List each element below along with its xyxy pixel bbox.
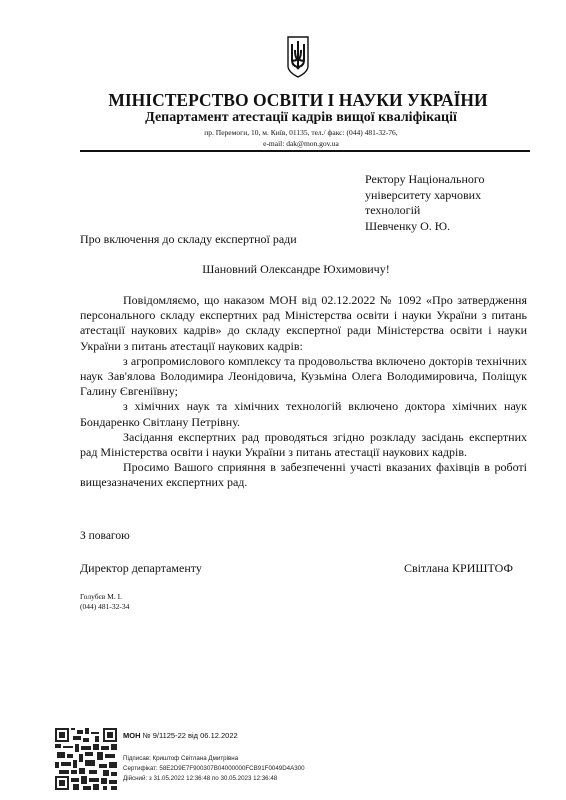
body-paragraph: Повідомляємо, що наказом МОН від 02.12.2… xyxy=(80,293,527,354)
email-line: e-mail: dak@mon.gov.ua xyxy=(0,139,566,148)
signatory-name: Світлана КРИШТОФ xyxy=(404,561,513,576)
certificate-id: Сертифікат: 58E2D9E7F900307B04000000FCB9… xyxy=(123,765,305,772)
letter-subject: Про включення до складу експертної ради xyxy=(80,232,297,247)
ministry-name: МІНІСТЕРСТВО ОСВІТИ І НАУКИ УКРАЇНИ xyxy=(0,90,566,111)
department-name: Департамент атестації кадрів вищої квалі… xyxy=(0,110,566,126)
executor-name: Голубєв М. І. xyxy=(80,592,129,602)
body-paragraph: Засідання експертних рад проводяться згі… xyxy=(80,430,527,460)
addressee-block: Ректору Національного університету харчо… xyxy=(365,172,485,234)
closing-regards: З повагою xyxy=(80,530,130,542)
addressee-line: технологій xyxy=(365,203,485,219)
body-paragraph: з агропромислового комплексу та продовол… xyxy=(80,354,527,400)
letter-body: Повідомляємо, що наказом МОН від 02.12.2… xyxy=(80,293,527,491)
addressee-line: Шевченку О. Ю. xyxy=(365,219,485,235)
salutation: Шановний Олександре Юхимовичу! xyxy=(0,262,566,277)
addressee-line: університету харчових xyxy=(365,188,485,204)
document-reference: МОН № 9/1125-22 від 06.12.2022 xyxy=(123,731,238,740)
signatory-position: Директор департаменту xyxy=(80,561,202,576)
doc-ref-number: № 9/1125-22 від 06.12.2022 xyxy=(143,731,238,740)
body-paragraph: Просимо Вашого сприяння в забезпеченні у… xyxy=(80,460,527,490)
signed-by: Підписав: Криштоф Світлана Дмитрівна xyxy=(123,755,238,762)
header-divider xyxy=(80,150,530,152)
body-paragraph: з хімічних наук та хімічних технологій в… xyxy=(80,399,527,429)
executor-block: Голубєв М. І. (044) 481-32-34 xyxy=(80,592,129,612)
addressee-line: Ректору Національного xyxy=(365,172,485,188)
certificate-validity: Дійсний: з 31.05.2022 12:36:48 по 30.05.… xyxy=(123,775,277,782)
qr-code-icon xyxy=(55,728,117,790)
coat-of-arms-icon xyxy=(287,36,309,78)
doc-ref-prefix: МОН xyxy=(123,731,141,740)
executor-phone: (044) 481-32-34 xyxy=(80,602,129,612)
address-line: пр. Перемоги, 10, м. Київ, 01135, тел./ … xyxy=(0,128,566,137)
